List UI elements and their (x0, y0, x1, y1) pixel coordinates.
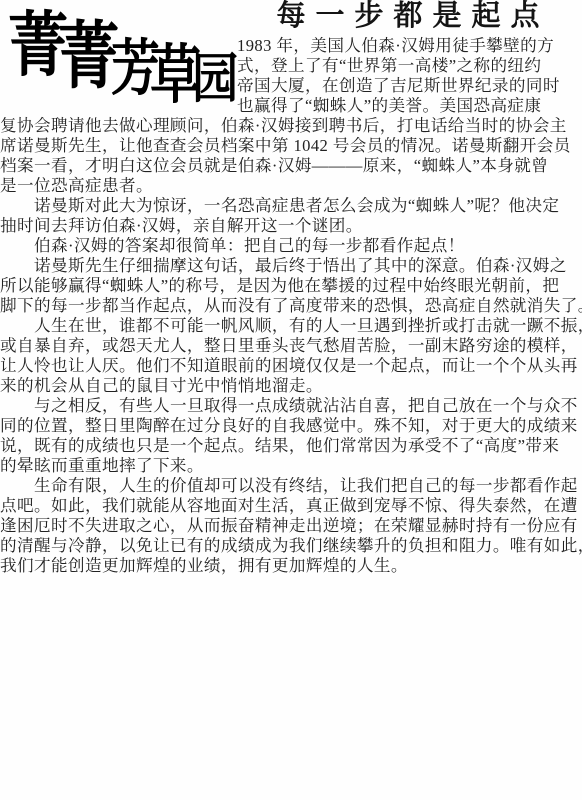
text-line: 来的机会从自己的鼠目寸光中悄悄地溜走。 (0, 376, 582, 396)
text-line: 我们才能创造更加辉煌的业绩，拥有更加辉煌的人生。 (0, 556, 582, 576)
text-line: 档案一看，才明白这位会员就是伯森·汉姆———原来，“蜘蛛人”本身就曾 (0, 156, 582, 176)
text-line: 式，登上了有“世界第一高楼”之称的纽约 (237, 56, 582, 76)
text-line: 的清醒与冷静，以免让已有的成绩成为我们继续攀升的负担和阻力。唯有如此， (0, 536, 582, 556)
text-line: 所以能够赢得“蜘蛛人”的称号，是因为他在攀援的过程中始终眼光朝前，把 (0, 276, 582, 296)
text-line: 诺曼斯先生仔细揣摩这句话，最后终于悟出了其中的深意。伯森·汉姆之 (0, 256, 582, 276)
text-line: 说，既有的成绩也只是一个起点。结果，他们常常因为承受不了“高度”带来 (0, 436, 582, 456)
text-line: 诺曼斯对此大为惊讶，一名恐高症患者怎么会成为“蜘蛛人”呢？他决定 (0, 196, 582, 216)
text-line: 也赢得了“蜘蛛人”的美誉。美国恐高症康 (237, 96, 582, 116)
text-line: 人生在世，谁都不可能一帆风顺，有的人一旦遇到挫折或打击就一蹶不振， (0, 316, 582, 336)
text-line: 逢困厄时不失进取之心，从而振奋精神走出逆境；在荣耀显赫时持有一份应有 (0, 516, 582, 536)
text-line: 生命有限，人生的价值却可以没有终结，让我们把自己的每一步都看作起 (0, 476, 582, 496)
text-line: 复协会聘请他去做心理顾问，伯森·汉姆接到聘书后，打电话给当时的协会主 (0, 116, 582, 136)
text-line: 席诺曼斯先生，让他查查会员档案中第 1042 号会员的情况。诺曼斯翻开会员 (0, 136, 582, 156)
text-line: 抽时间去拜访伯森·汉姆，亲自解开这一个谜团。 (0, 216, 582, 236)
document-page: 菁 菁 芳 草 园 每一步都是起点 1983 年，美国人伯森·汉姆用徒手攀壁的方… (0, 0, 582, 800)
text-line: 是一位恐高症患者。 (0, 176, 582, 196)
text-line: 帝国大厦，在创造了吉尼斯世界纪录的同时 (237, 76, 582, 96)
text-line: 1983 年，美国人伯森·汉姆用徒手攀壁的方 (237, 36, 582, 56)
article-body: 1983 年，美国人伯森·汉姆用徒手攀壁的方式，登上了有“世界第一高楼”之称的纽… (0, 36, 582, 576)
text-line: 点吧。如此，我们就能从容地面对生活，真正做到宠辱不惊、得失泰然，在遭 (0, 496, 582, 516)
text-line: 同的位置，整日里陶醉在过分良好的自我感觉中。殊不知，对于更大的成绩来 (0, 416, 582, 436)
text-line: 让人怜也让人厌。他们不知道眼前的困境仅仅是一个起点，而让一个个从头再 (0, 356, 582, 376)
text-line: 或自暴自弃，或怨天尤人，整日里垂头丧气愁眉苦脸，一副末路穷途的模样， (0, 336, 582, 356)
text-line: 脚下的每一步都当作起点，从而没有了高度带来的恐惧，恐高症自然就消失了。 (0, 296, 582, 316)
text-line: 与之相反，有些人一旦取得一点成绩就沾沾自喜，把自己放在一个与众不 (0, 396, 582, 416)
text-line: 的晕眩而重重地摔了下来。 (0, 456, 582, 476)
text-line: 伯森·汉姆的答案却很简单：把自己的每一步都看作起点！ (0, 236, 582, 256)
article-title: 每一步都是起点 (248, 0, 578, 32)
